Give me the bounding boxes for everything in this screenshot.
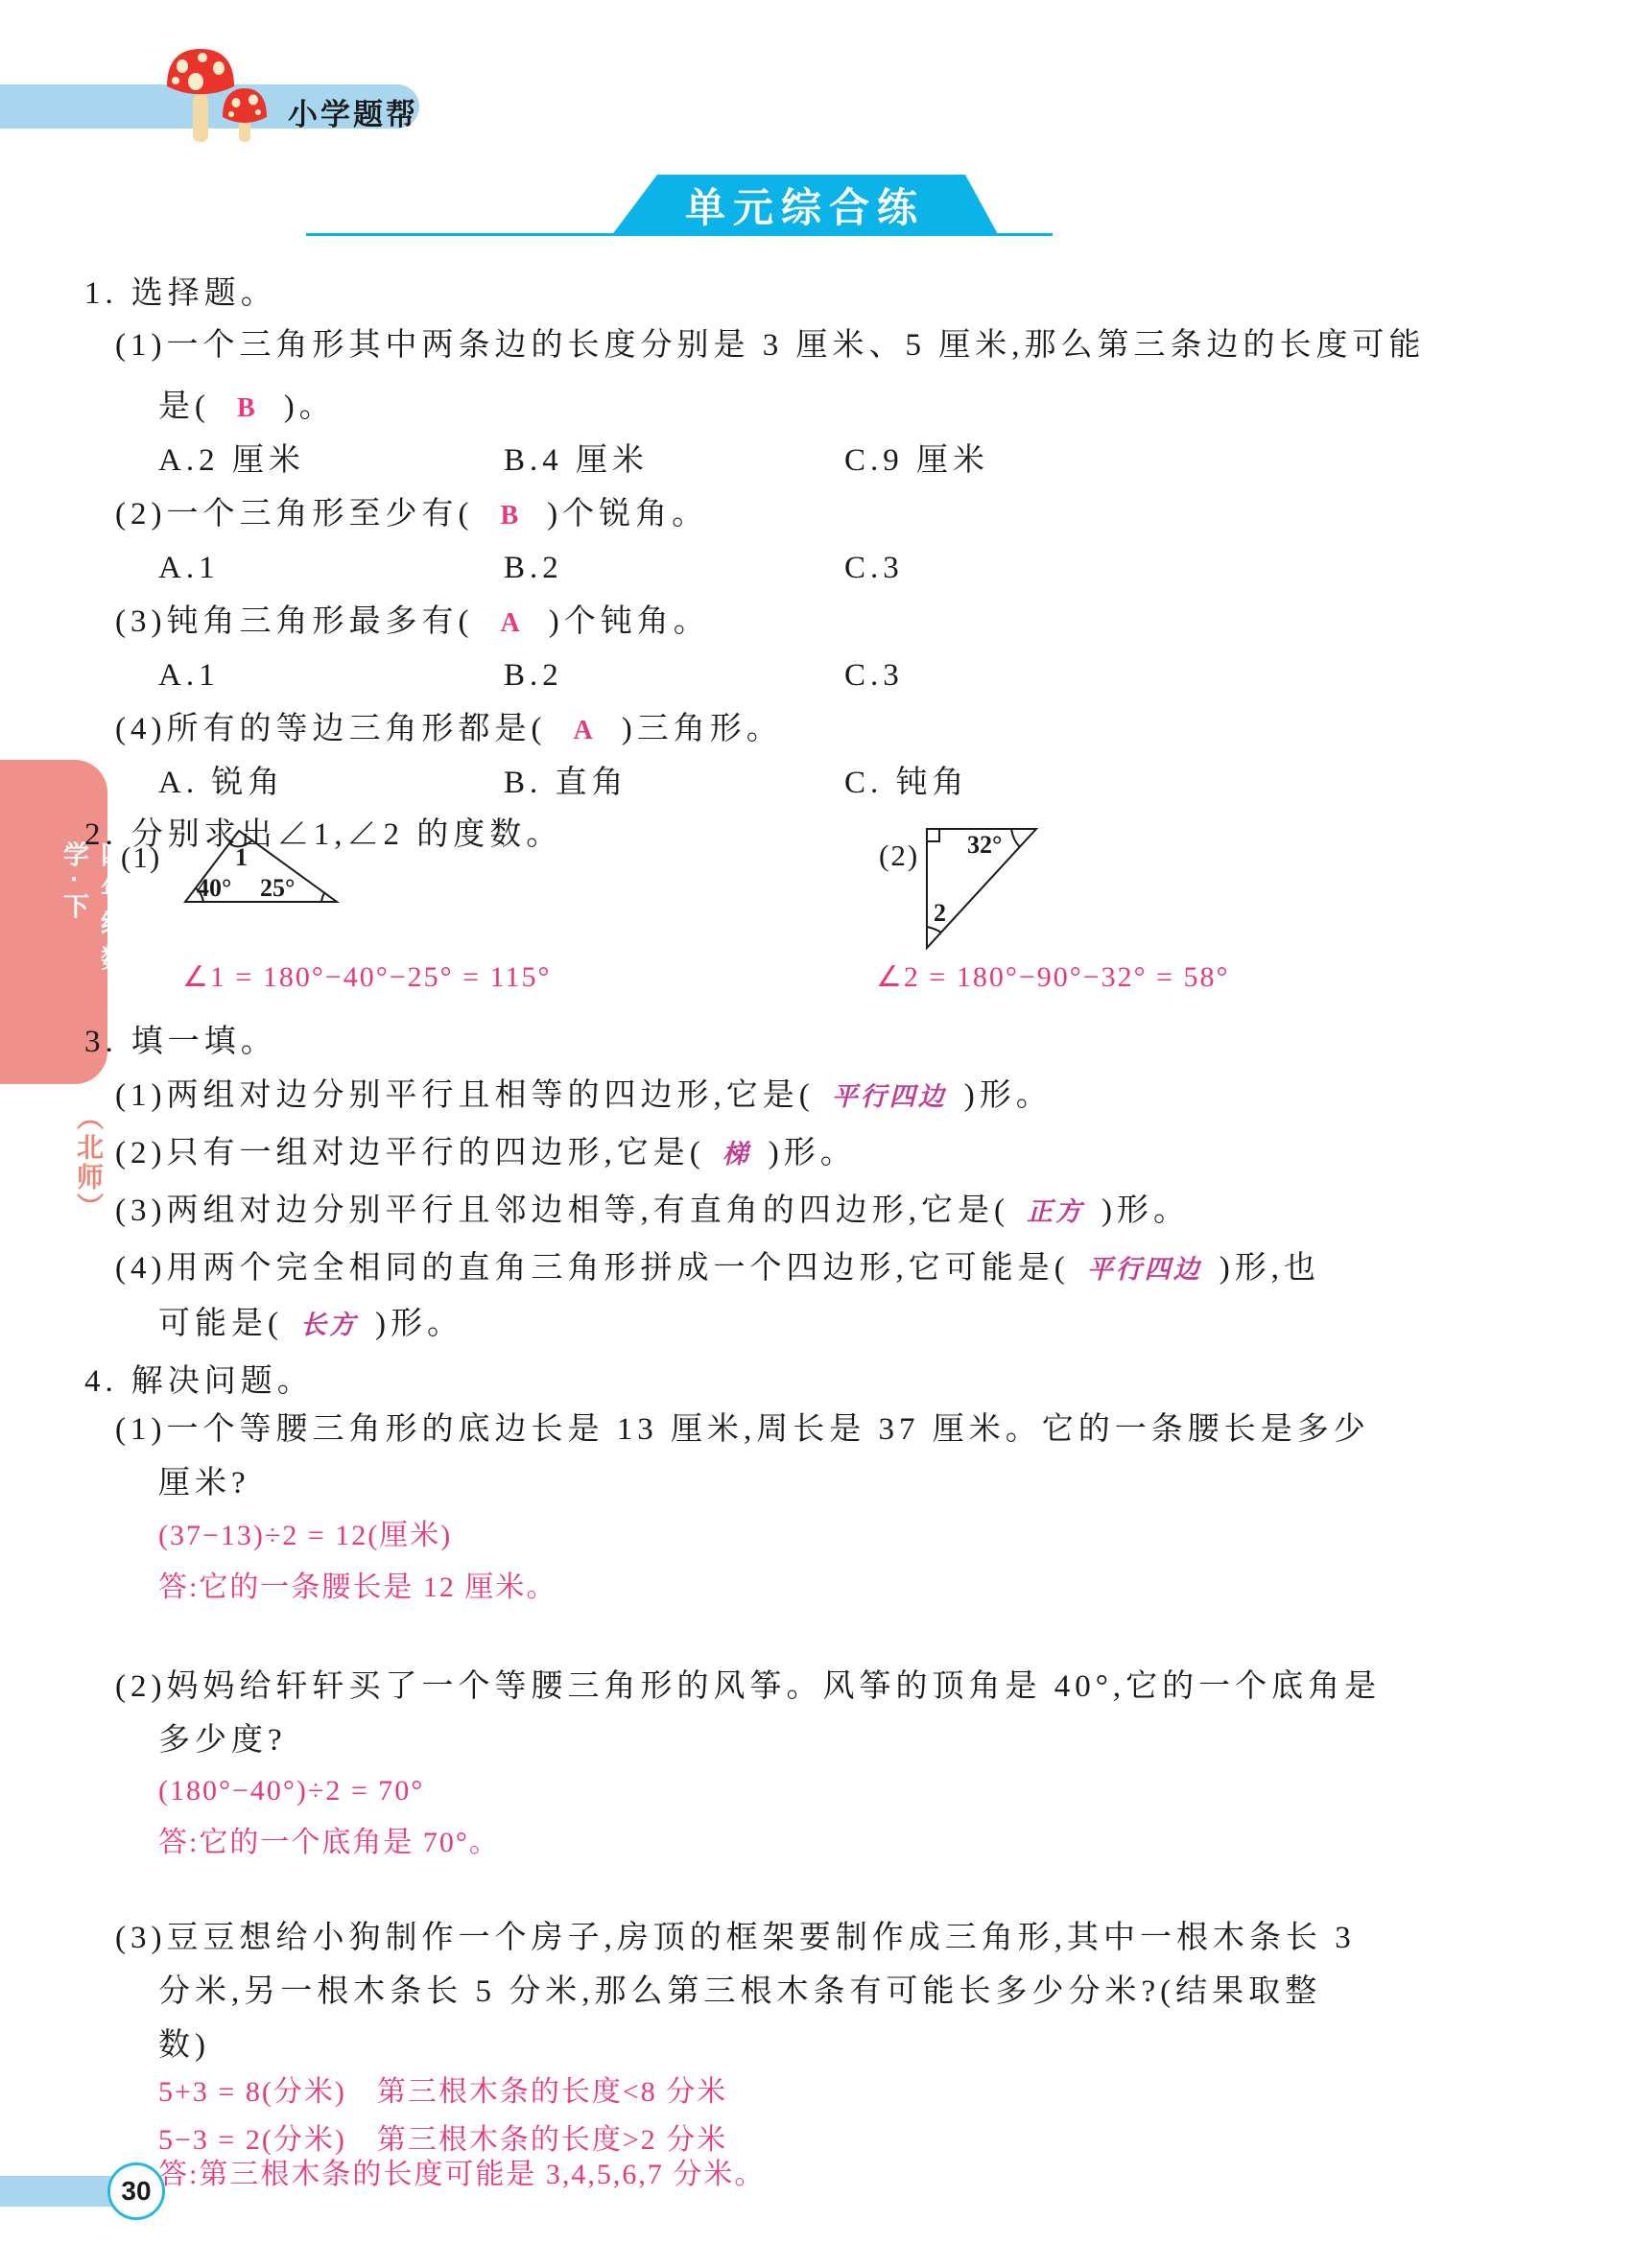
- mushroom-stem: [193, 94, 208, 142]
- option-b: B. 直角: [504, 764, 628, 803]
- q2-answer-2: ∠2 = 180°−90°−32° = 58°: [876, 959, 1230, 996]
- brand-title: 小学题帮: [288, 90, 418, 133]
- q3-item3-post: )形。: [1101, 1193, 1190, 1228]
- q4-item1-line1: (1)一个等腰三角形的底边长是 13 厘米,周长是 37 厘米。它的一条腰长是多…: [115, 1410, 1370, 1450]
- q4-title: 解决问题。: [131, 1364, 314, 1399]
- q4-item2-line2: 多少度?: [158, 1721, 287, 1760]
- q1-item1-line1: (1)一个三角形其中两条边的长度分别是 3 厘米、5 厘米,那么第三条边的长度可…: [115, 326, 1425, 366]
- q4-item3-work1: 5+3 = 8(分米) 第三根木条的长度<8 分米: [158, 2074, 727, 2111]
- q3-item4-answer1: 平行四边: [1070, 1255, 1220, 1284]
- banner-title: 单元综合练: [685, 177, 925, 234]
- option-a: A.2 厘米: [158, 441, 305, 481]
- option-c: C. 钝角: [844, 764, 969, 803]
- option-b: B.2: [504, 549, 563, 588]
- q3-item1-line: (1)两组对边分别平行且相等的四边形,它是(平行四边)形。: [115, 1076, 1053, 1116]
- worksheet-page: 小学题帮 单元综合练 四年级数学·下 （北师） 1.选择题。 (1)一个三角形其…: [0, 0, 1634, 2268]
- q1-item4-answer: A: [546, 716, 621, 745]
- q1-item2-post: )个锐角。: [547, 497, 708, 532]
- angle-32-label: 32°: [967, 831, 1002, 859]
- q1-item2-line: (2)一个三角形至少有(B)个锐角。: [115, 495, 708, 534]
- q3-item1-post: )形。: [964, 1078, 1053, 1113]
- option-a: A.1: [158, 656, 220, 696]
- page-number: 30: [121, 2176, 151, 2207]
- q3-heading: 3.填一填。: [84, 1023, 277, 1062]
- top-angle-arc: [1011, 829, 1020, 847]
- q2-number: 2.: [84, 817, 118, 852]
- option-c: C.3: [844, 549, 904, 588]
- page-number-badge: 30: [107, 2162, 165, 2220]
- q4-item3-answer: 答:第三根木条的长度可能是 3,4,5,6,7 分米。: [158, 2157, 765, 2193]
- q1-title: 选择题。: [131, 276, 277, 311]
- q4-item1-answer: 答:它的一条腰长是 12 厘米。: [158, 1570, 557, 1606]
- q4-item1-line2: 厘米?: [158, 1464, 250, 1503]
- q1-item2-pre: (2)一个三角形至少有(: [115, 497, 473, 532]
- mushroom-icon: [163, 44, 280, 148]
- q1-item2-answer: B: [473, 501, 547, 531]
- q3-item4-line2-post: )形。: [375, 1307, 463, 1341]
- q4-item3-line2: 分米,另一根木条长 5 分米,那么第三根木条有可能长多少分米?(结果取整: [158, 1973, 1321, 2012]
- q1-item1-line2: 是(B)。: [158, 388, 336, 427]
- q4-item2-answer: 答:它的一个底角是 70°。: [158, 1825, 500, 1861]
- q4-number: 4.: [84, 1364, 118, 1399]
- q3-item1-pre: (1)两组对边分别平行且相等的四边形,它是(: [115, 1078, 815, 1113]
- q3-item4-line2-pre: 可能是(: [158, 1307, 283, 1341]
- q2-answer-1: ∠1 = 180°−40°−25° = 115°: [182, 959, 551, 996]
- mushroom-cap-small: [223, 88, 267, 123]
- q3-item3-line: (3)两组对边分别平行且邻边相等,有直角的四边形,它是(正方)形。: [115, 1192, 1190, 1231]
- q3-title: 填一填。: [131, 1025, 277, 1059]
- q1-item4-line: (4)所有的等边三角形都是(A)三角形。: [115, 710, 783, 749]
- q3-item4-pre: (4)用两个完全相同的直角三角形拼成一个四边形,它可能是(: [115, 1251, 1070, 1286]
- q3-item4-mid: )形,也: [1220, 1251, 1320, 1286]
- q1-item4-pre: (4)所有的等边三角形都是(: [115, 712, 546, 746]
- option-c: C.3: [844, 656, 904, 696]
- q1-item1-post: )。: [284, 390, 336, 424]
- right-angle-arc: [321, 892, 325, 902]
- triangle-diagram-1: 40° 1 25°: [176, 821, 343, 912]
- q1-item3-pre: (3)钝角三角形最多有(: [115, 604, 473, 639]
- q4-item1-work: (37−13)÷2 = 12(厘米): [158, 1518, 452, 1554]
- q3-item2-answer: 梯: [705, 1140, 769, 1169]
- option-b: B.2: [504, 656, 563, 696]
- q3-item2-pre: (2)只有一组对边平行的四边形,它是(: [115, 1136, 705, 1170]
- q4-item3-line3: 数): [158, 2026, 210, 2066]
- option-b: B.4 厘米: [504, 441, 649, 481]
- q3-item4-line2: 可能是(长方)形。: [158, 1305, 463, 1344]
- unit-banner: 单元综合练: [611, 175, 999, 236]
- option-c: C.9 厘米: [844, 441, 989, 481]
- option-a: A.1: [158, 549, 220, 588]
- q1-item1-pre: 是(: [158, 390, 210, 424]
- angle-40-label: 40°: [197, 874, 231, 902]
- q3-item4-answer2: 长方: [283, 1311, 375, 1339]
- triangle-diagram-2: 32° 2: [910, 821, 1049, 956]
- q2-diagram1-label: (1): [121, 840, 161, 875]
- q3-item3-pre: (3)两组对边分别平行且邻边相等,有直角的四边形,它是(: [115, 1193, 1009, 1228]
- sidebar-grade-label: 四年级数学·下: [56, 841, 130, 1004]
- q3-item3-answer: 正方: [1009, 1197, 1101, 1226]
- angle-2-label: 2: [934, 899, 946, 927]
- option-a: A. 锐角: [158, 764, 284, 803]
- q3-item1-answer: 平行四边: [815, 1082, 964, 1111]
- q1-item1-answer: B: [210, 393, 284, 423]
- q4-item3-work2: 5−3 = 2(分米) 第三根木条的长度>2 分米: [158, 2122, 727, 2159]
- q4-item2-work: (180°−40°)÷2 = 70°: [158, 1773, 424, 1809]
- q1-item3-post: )个钝角。: [549, 604, 710, 639]
- q3-item2-post: )形。: [769, 1136, 857, 1170]
- q3-item2-line: (2)只有一组对边平行的四边形,它是(梯)形。: [115, 1134, 857, 1173]
- q4-item3-line1: (3)豆豆想给小狗制作一个房子,房顶的框架要制作成三角形,其中一根木条长 3: [115, 1919, 1356, 1958]
- q1-heading: 1.选择题。: [84, 274, 277, 314]
- bottom-angle-arc: [927, 927, 941, 933]
- q3-number: 3.: [84, 1025, 118, 1059]
- sidebar-edition-label: （北师）: [69, 1103, 107, 1222]
- angle-1-label: 1: [235, 843, 248, 871]
- q4-heading: 4.解决问题。: [84, 1362, 314, 1402]
- q3-item4-line1: (4)用两个完全相同的直角三角形拼成一个四边形,它可能是(平行四边)形,也: [115, 1249, 1320, 1288]
- angle-25-label: 25°: [260, 874, 295, 902]
- q1-item4-post: )三角形。: [622, 712, 783, 746]
- q4-item2-line1: (2)妈妈给轩轩买了一个等腰三角形的风筝。风筝的顶角是 40°,它的一个底角是: [115, 1667, 1381, 1707]
- q1-item3-line: (3)钝角三角形最多有(A)个钝角。: [115, 602, 710, 642]
- q1-number: 1.: [84, 276, 118, 311]
- right-angle-marker: [927, 829, 939, 841]
- q1-item3-answer: A: [473, 608, 548, 638]
